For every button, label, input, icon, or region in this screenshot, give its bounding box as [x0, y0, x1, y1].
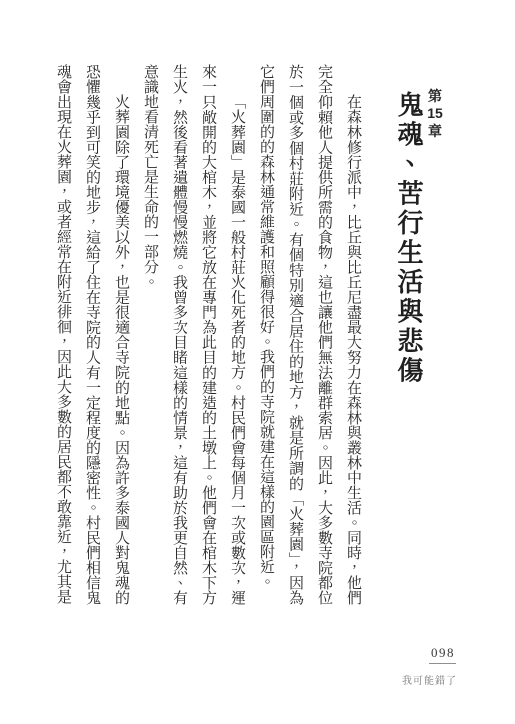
body-text: 在森林修行派中，比丘與比丘尼盡最大努力在森林與叢林中生活。同時，他們完全仰賴他人… [48, 64, 367, 605]
paragraph: 在森林修行派中，比丘與比丘尼盡最大努力在森林與叢林中生活。同時，他們完全仰賴他人… [251, 64, 367, 605]
page-number-rule [429, 663, 456, 664]
chapter-number-digits: 15 [427, 106, 443, 121]
book-page: 第 15 章 鬼魂、苦行生活與悲傷 在森林修行派中，比丘與比丘尼盡最大努力在森林… [0, 0, 515, 724]
chapter-number-prefix: 第 [428, 89, 442, 104]
chapter-number-suffix: 章 [428, 124, 442, 139]
page-number: 098 [423, 645, 463, 661]
chapter-title: 鬼魂、苦行生活與悲傷 [391, 91, 428, 386]
paragraph: 「火葬園」是泰國一般村莊火化死者的地方。村民們會每個月一次或數次，運來一只敞開的… [135, 64, 251, 605]
paragraph: 火葬園除了環境優美以外，也是很適合寺院的地點。因為許多泰國人對鬼魂的恐懼幾乎到可… [48, 64, 135, 605]
book-title-footer: 我可能錯了 [402, 672, 457, 687]
